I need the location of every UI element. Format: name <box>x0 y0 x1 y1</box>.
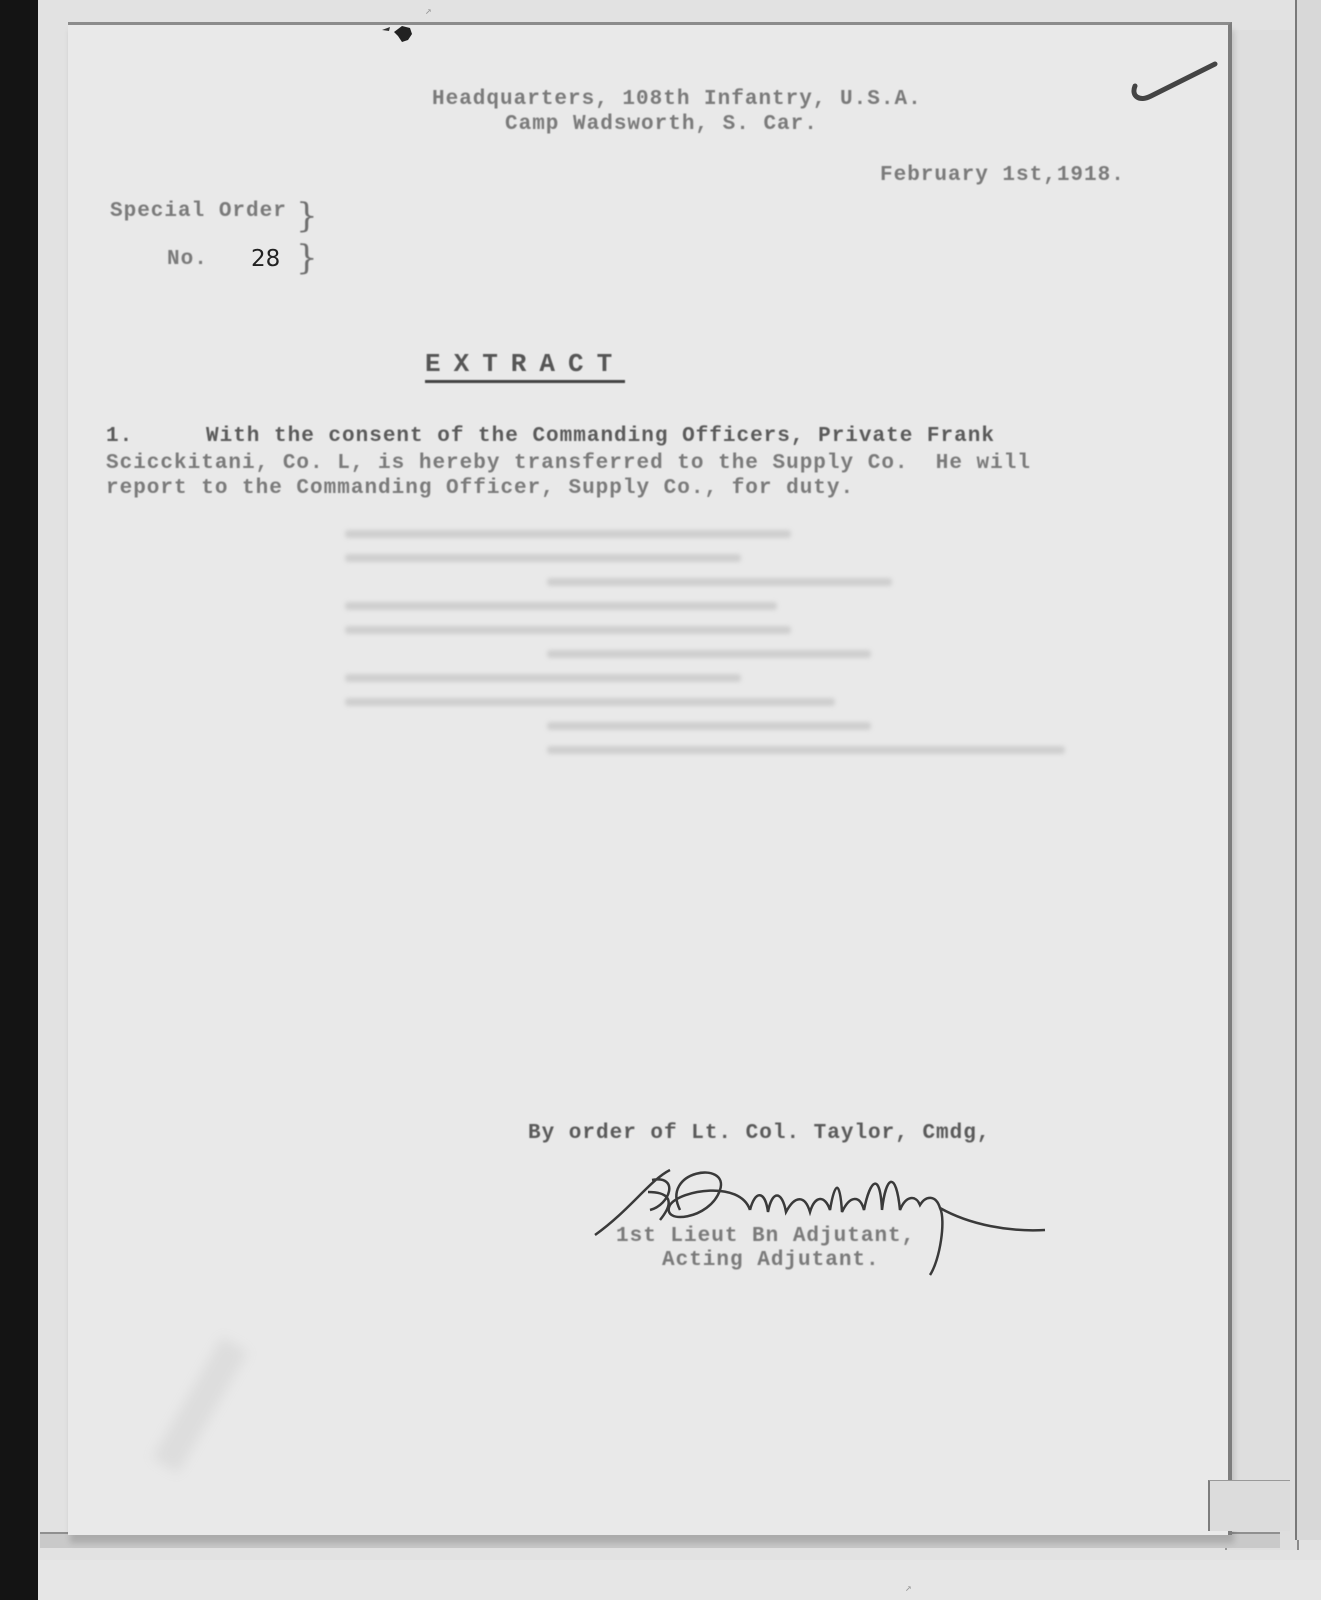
document-title: EXTRACT <box>425 350 625 383</box>
brace-symbol: } <box>296 238 318 278</box>
link-marker-icon[interactable]: ↗ <box>425 6 437 18</box>
paragraph-number: 1. <box>106 424 133 450</box>
underlying-sheet-edge-outer <box>1295 0 1321 1540</box>
header-location: Camp Wadsworth, S. Car. <box>505 113 818 136</box>
checkmark-icon <box>1125 58 1225 108</box>
ink-blot-icon <box>380 22 414 44</box>
order-number-label: No. <box>167 248 208 271</box>
body-line-3: report to the Commanding Officer, Supply… <box>106 476 854 502</box>
body-line-1: With the consent of the Commanding Offic… <box>206 424 995 450</box>
document-date: February 1st,1918. <box>880 164 1125 187</box>
special-order-label: Special Order <box>110 200 287 223</box>
body-line-2: Scicckitani, Co. L, is hereby transferre… <box>106 451 1031 477</box>
link-marker-icon[interactable]: ↗ <box>905 1583 917 1595</box>
page-corner-fold <box>1208 1480 1290 1531</box>
bleed-through-text <box>345 530 1065 790</box>
signatory-title-1: 1st Lieut Bn Adjutant, <box>616 1225 915 1248</box>
scanner-background <box>0 0 38 1600</box>
brace-symbol: } <box>296 196 318 236</box>
order-number: 28 <box>251 246 280 272</box>
authority-line: By order of Lt. Col. Taylor, Cmdg, <box>528 1122 990 1145</box>
underlying-sheet-edge <box>1225 30 1299 1550</box>
header-unit: Headquarters, 108th Infantry, U.S.A. <box>432 88 922 111</box>
signatory-title-2: Acting Adjutant. <box>662 1249 880 1272</box>
